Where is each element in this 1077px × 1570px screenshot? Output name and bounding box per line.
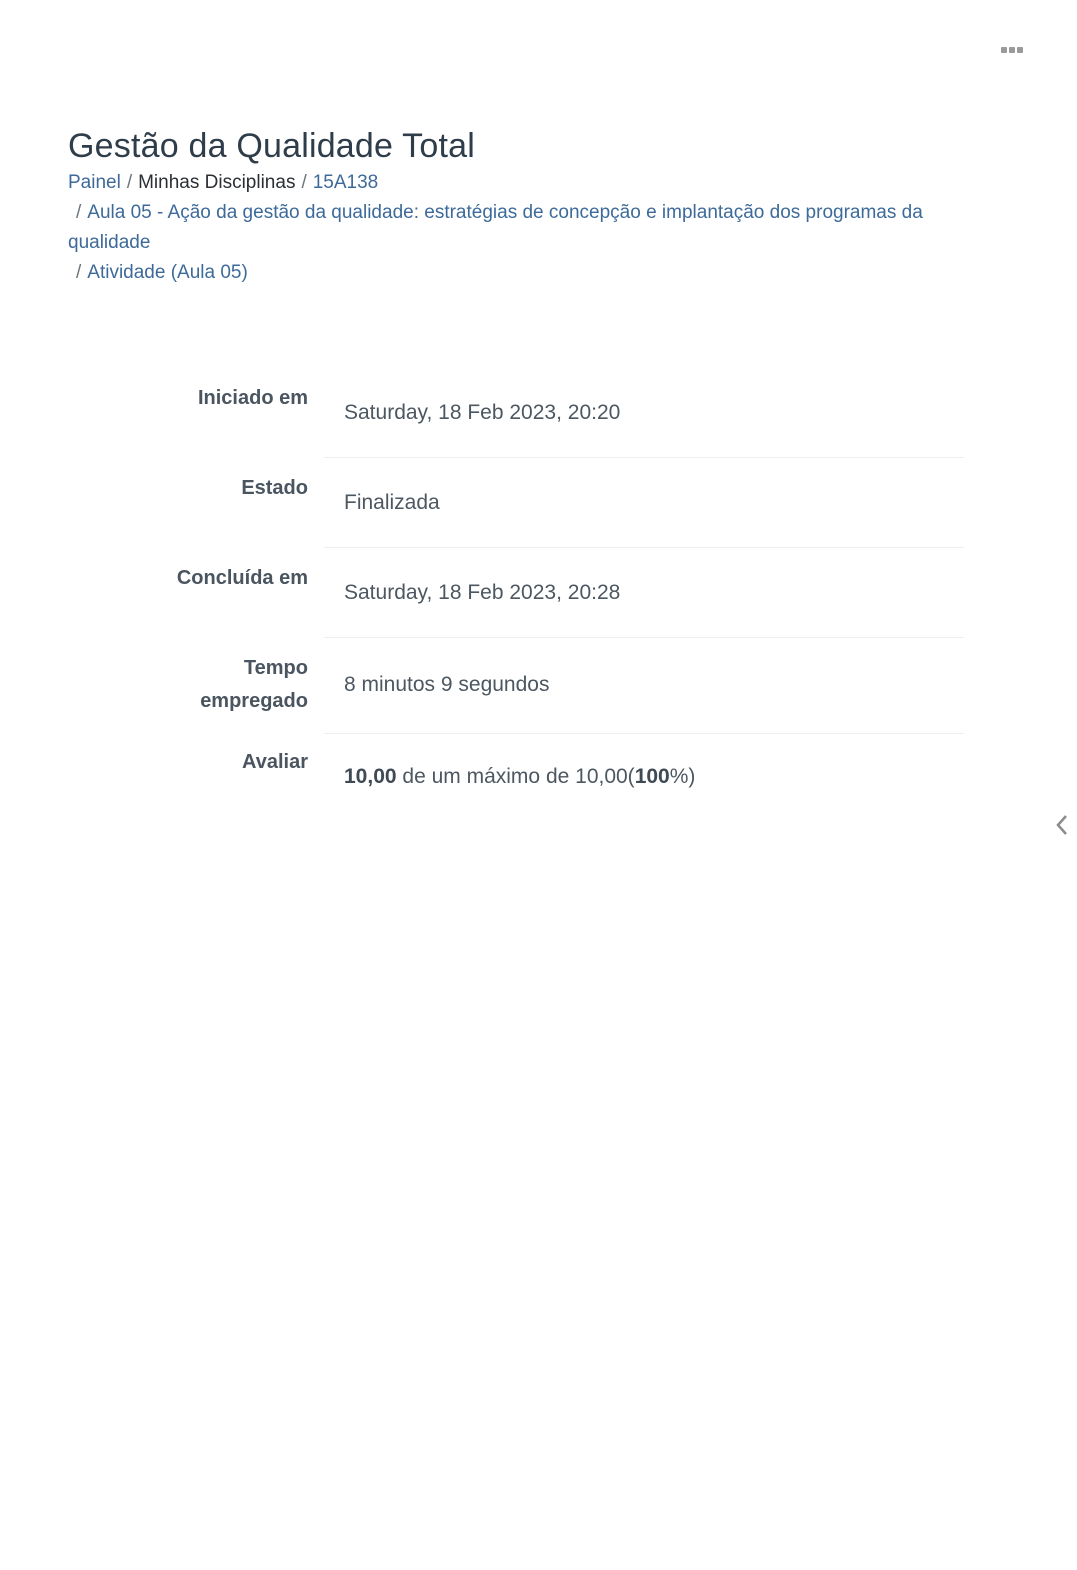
state-label: Estado xyxy=(130,458,308,548)
page-header: Gestão da Qualidade Total Painel/Minhas … xyxy=(68,124,948,288)
grade-value: 10,00 de um máximo de 10,00(100%) xyxy=(324,734,964,813)
attempt-summary-table: Iniciado em Saturday, 18 Feb 2023, 20:20… xyxy=(130,376,964,813)
summary-row-grade: Avaliar 10,00 de um máximo de 10,00(100%… xyxy=(130,734,964,813)
summary-row-started: Iniciado em Saturday, 18 Feb 2023, 20:20 xyxy=(130,376,964,458)
completed-value: Saturday, 18 Feb 2023, 20:28 xyxy=(324,548,964,638)
grade-percent: 100 xyxy=(635,765,670,788)
breadcrumb-course-code[interactable]: 15A138 xyxy=(313,172,379,193)
state-value: Finalizada xyxy=(324,458,964,548)
breadcrumb-separator: / xyxy=(127,172,132,193)
time-taken-label-line2: empregado xyxy=(130,685,308,718)
completed-label: Concluída em xyxy=(130,548,308,638)
time-taken-label-line1: Tempo xyxy=(130,652,308,685)
breadcrumb: Painel/Minhas Disciplinas/15A138 /Aula 0… xyxy=(68,168,948,288)
more-horizontal-icon-dot xyxy=(1017,47,1023,53)
breadcrumb-separator: / xyxy=(301,172,306,193)
summary-row-completed: Concluída em Saturday, 18 Feb 2023, 20:2… xyxy=(130,548,964,638)
breadcrumb-separator: / xyxy=(76,202,81,223)
breadcrumb-atividade[interactable]: Atividade (Aula 05) xyxy=(87,262,248,283)
started-value: Saturday, 18 Feb 2023, 20:20 xyxy=(324,376,964,458)
grade-score: 10,00 xyxy=(344,765,397,788)
page-title: Gestão da Qualidade Total xyxy=(68,124,948,168)
breadcrumb-separator: / xyxy=(76,262,81,283)
summary-row-state: Estado Finalizada xyxy=(130,458,964,548)
grade-label: Avaliar xyxy=(130,734,308,813)
more-horizontal-icon-dot xyxy=(1009,47,1015,53)
grade-percent-suffix: %) xyxy=(670,765,696,788)
started-label: Iniciado em xyxy=(130,376,308,458)
time-taken-label: Tempo empregado xyxy=(130,638,308,734)
more-horizontal-icon xyxy=(1001,47,1007,53)
breadcrumb-painel[interactable]: Painel xyxy=(68,172,121,193)
breadcrumb-minhas-disciplinas: Minhas Disciplinas xyxy=(138,172,295,193)
breadcrumb-aula-05[interactable]: Aula 05 - Ação da gestão da qualidade: e… xyxy=(68,202,923,253)
summary-row-time-taken: Tempo empregado 8 minutos 9 segundos xyxy=(130,638,964,734)
chevron-left-icon xyxy=(1052,813,1072,837)
grade-text: de um máximo de 10,00( xyxy=(397,765,635,788)
drawer-toggle-button[interactable] xyxy=(1052,813,1072,837)
time-taken-value: 8 minutos 9 segundos xyxy=(324,638,964,734)
more-options-button[interactable] xyxy=(1001,44,1025,56)
